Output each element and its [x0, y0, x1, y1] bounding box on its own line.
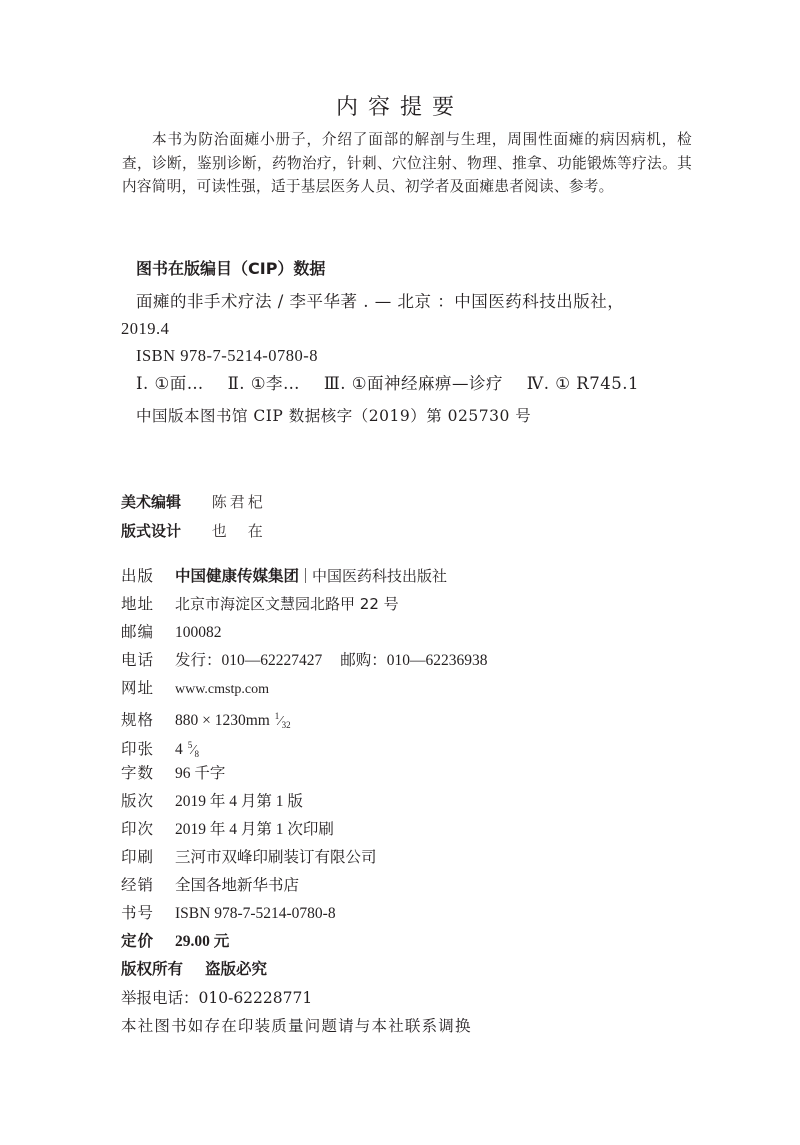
info-label: 印张: [121, 738, 175, 760]
quality-notice: 本社图书如存在印装质量问题请与本社联系调换: [121, 1015, 472, 1037]
cip-class-item: Ⅲ. ①面神经麻痹—诊疗: [324, 374, 503, 393]
phone-mail-order-label: 邮购：: [340, 652, 387, 669]
credit-value: 陈君杞: [212, 493, 266, 511]
phone-mail-order-number: 010—62236938: [387, 652, 488, 669]
cip-class-item: Ⅱ. ①李…: [228, 374, 301, 393]
sheets-fraction-denominator: 8: [195, 749, 200, 759]
info-row-printing: 印次2019 年 4 月第 1 次印刷: [121, 818, 334, 841]
info-label: 字数: [121, 762, 175, 784]
info-row-publisher: 出版中国健康传媒集团中国医药科技出版社: [121, 565, 447, 588]
info-label: 邮编: [121, 621, 175, 643]
separator-bar: [305, 568, 306, 583]
credit-art-editor: 美术编辑 陈君杞: [121, 491, 266, 513]
cip-title-line: 面瘫的非手术疗法 / 李平华著 . — 北京 ：中国医药科技出版社，: [136, 290, 624, 314]
credit-label: 美术编辑: [121, 491, 207, 513]
credit-label: 版式设计: [121, 520, 207, 542]
info-value: 三河市双峰印刷装订有限公司: [175, 849, 377, 866]
info-row-address: 地址北京市海淀区文慧园北路甲 22 号: [121, 593, 399, 615]
info-label: 地址: [121, 593, 175, 615]
info-row-book-number: 书号ISBN 978-7-5214-0780-8: [121, 902, 336, 925]
website-link: www.cmstp.com: [175, 682, 269, 697]
format-fraction-denominator: 32: [282, 720, 291, 730]
info-row-word-count: 字数96 千字: [121, 762, 225, 785]
info-row-format: 规格880 × 1230mm 1⁄32: [121, 705, 291, 736]
abstract-body: 本书为防治面瘫小册子，介绍了面部的解剖与生理，周围性面瘫的病因病机，检查，诊断，…: [122, 128, 692, 199]
price-value: 29.00 元: [175, 933, 229, 950]
info-label: 经销: [121, 874, 175, 896]
info-value: ISBN 978-7-5214-0780-8: [175, 905, 336, 922]
info-row-printer: 印刷三河市双峰印刷装订有限公司: [121, 846, 377, 869]
cip-core-data: 中国版本图书馆 CIP 数据核字（2019）第 025730 号: [136, 404, 531, 428]
info-label: 规格: [121, 709, 175, 731]
info-label: 书号: [121, 902, 175, 924]
publisher-press: 中国医药科技出版社: [312, 567, 447, 585]
cip-isbn-line: ISBN 978-7-5214-0780-8: [136, 344, 318, 368]
rights-left: 版权所有: [121, 960, 183, 978]
credit-layout-design: 版式设计 也 在: [121, 520, 266, 542]
info-label: 印次: [121, 818, 175, 840]
cip-classification: Ⅰ. ①面… Ⅱ. ①李… Ⅲ. ①面神经麻痹—诊疗 Ⅳ. ① R745.1: [136, 372, 657, 396]
rights-statement: 版权所有盗版必究: [121, 958, 267, 980]
rights-right: 盗版必究: [205, 960, 267, 978]
credit-value: 也 在: [212, 522, 266, 540]
info-row-sheets: 印张4 5⁄8: [121, 734, 199, 765]
copyright-page: 内容提要 本书为防治面瘫小册子，介绍了面部的解剖与生理，周围性面瘫的病因病机，检…: [0, 0, 800, 1145]
info-label: 印刷: [121, 846, 175, 868]
format-size: 880 × 1230mm: [175, 712, 270, 729]
info-value: 2019 年 4 月第 1 次印刷: [175, 821, 334, 838]
info-label: 网址: [121, 677, 175, 699]
cip-heading: 图书在版编目（CIP）数据: [136, 258, 325, 280]
sheets-whole: 4: [175, 741, 183, 758]
info-label: 出版: [121, 565, 175, 587]
info-row-price: 定价29.00 元: [121, 930, 229, 953]
info-row-website: 网址www.cmstp.com: [121, 677, 269, 701]
report-hotline: 举报电话：010-62228771: [121, 987, 312, 1009]
publisher-group: 中国健康传媒集团: [175, 568, 299, 585]
info-row-postcode: 邮编100082: [121, 621, 222, 644]
phone-distribution-label: 发行：: [175, 652, 222, 669]
cip-year-line: 2019.4: [121, 317, 169, 341]
info-value: 北京市海淀区文慧园北路甲 22 号: [175, 595, 399, 613]
cip-class-item: Ⅳ. ① R745.1: [527, 374, 639, 393]
info-value: 全国各地新华书店: [175, 877, 299, 894]
info-value: 96 千字: [175, 765, 225, 782]
info-label: 定价: [121, 930, 175, 952]
info-label: 电话: [121, 649, 175, 671]
info-value: 100082: [175, 624, 222, 641]
abstract-title: 内容提要: [0, 94, 800, 122]
info-value: 2019 年 4 月第 1 版: [175, 793, 303, 810]
info-row-edition: 版次2019 年 4 月第 1 版: [121, 790, 303, 813]
cip-class-item: Ⅰ. ①面…: [136, 374, 204, 393]
info-row-distributor: 经销全国各地新华书店: [121, 874, 299, 897]
info-label: 版次: [121, 790, 175, 812]
info-row-phone: 电话发行：010—62227427邮购：010—62236938: [121, 649, 488, 672]
phone-distribution-number: 010—62227427: [222, 652, 323, 669]
